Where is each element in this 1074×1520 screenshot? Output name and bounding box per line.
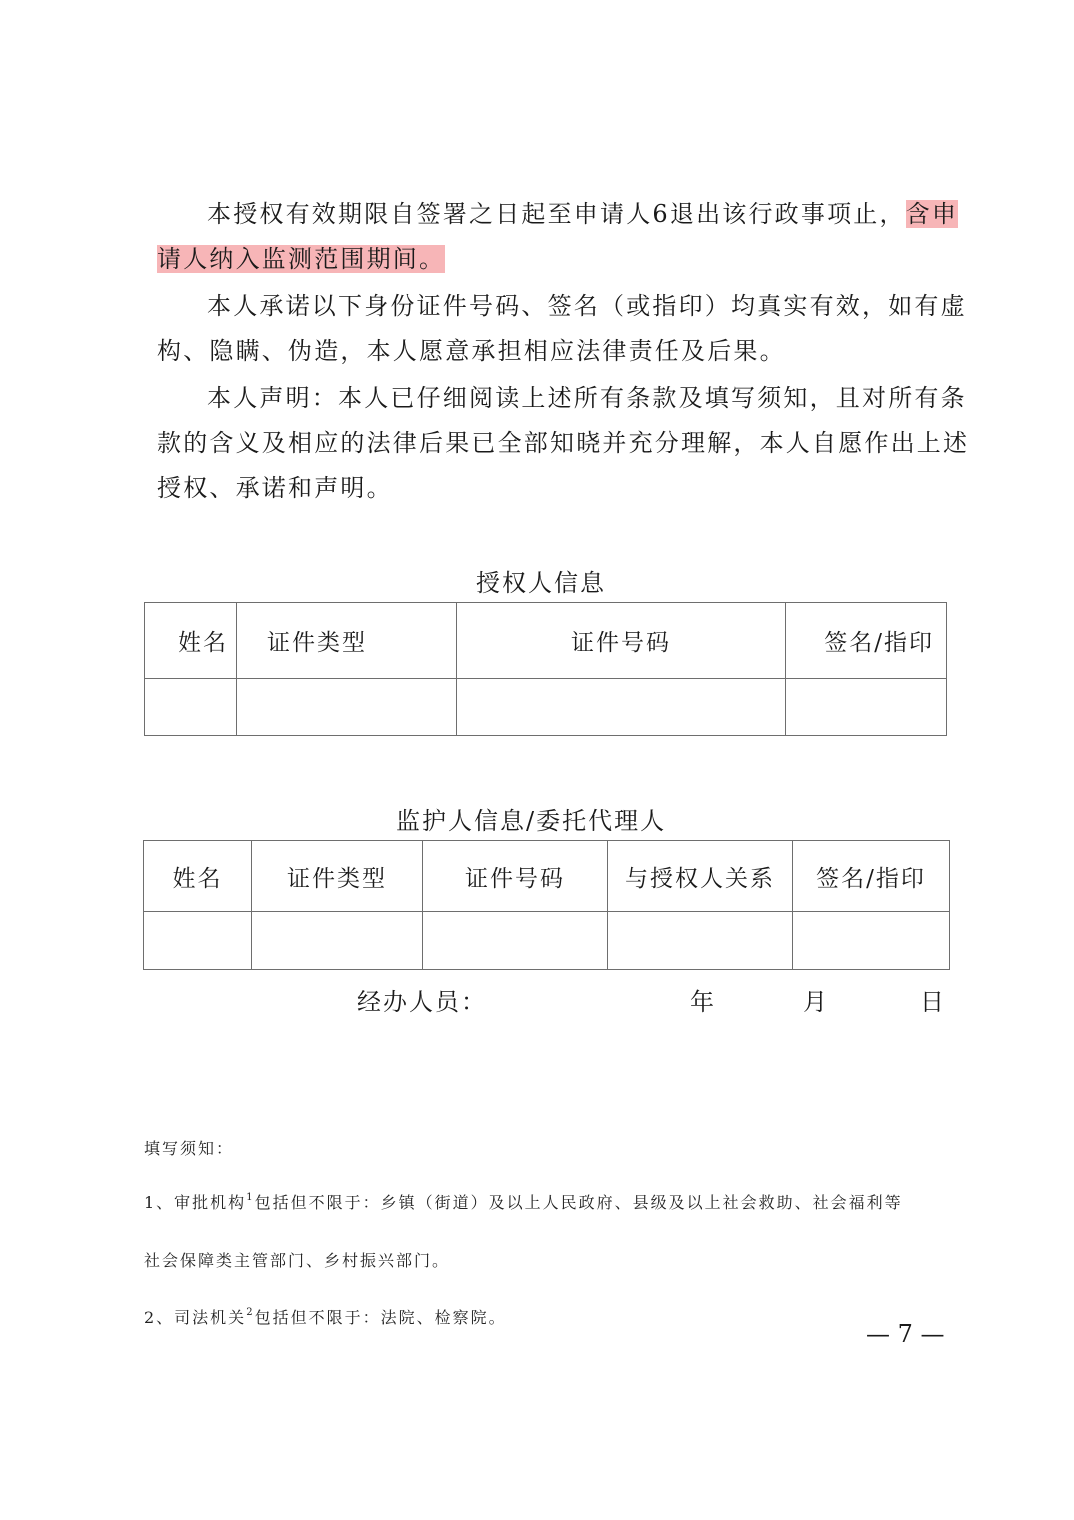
month-label: 月 <box>803 982 829 1017</box>
notice-title: 填写须知： <box>144 1136 234 1159</box>
header-id-type: 证件类型 <box>237 603 457 679</box>
authorization-period-text: 本授权有效期限自签署之日起至申请人6退出该行政事项止， <box>207 200 906 228</box>
header-name: 姓名 <box>144 841 252 912</box>
day-label: 日 <box>920 982 946 1017</box>
cell-name[interactable] <box>144 912 252 970</box>
declaration-paragraph: 本人声明：本人已仔细阅读上述所有条款及填写须知，且对所有条 款的含义及相应的法律… <box>157 376 933 511</box>
cell-id-type[interactable] <box>252 912 423 970</box>
header-name: 姓名 <box>145 603 237 679</box>
commitment-line-2: 构、隐瞒、伪造，本人愿意承担相应法律责任及后果。 <box>157 329 933 374</box>
declaration-line-3: 授权、承诺和声明。 <box>157 466 933 511</box>
table-row <box>144 912 950 970</box>
table-header-row: 姓名 证件类型 证件号码 与授权人关系 签名/指印 <box>144 841 950 912</box>
year-label: 年 <box>690 982 716 1017</box>
notice-item-2-prefix: 2、司法机关 <box>144 1308 246 1327</box>
header-signature: 签名/指印 <box>793 841 950 912</box>
notice-item-2-text: 包括但不限于：法院、检察院。 <box>255 1308 507 1327</box>
notice-item-1-prefix: 1、审批机构 <box>144 1193 246 1212</box>
page-number: — 7 — <box>866 1320 945 1348</box>
cell-id-number[interactable] <box>423 912 608 970</box>
footnote-marker-2: 2 <box>246 1307 254 1318</box>
commitment-line-1: 本人承诺以下身份证件号码、签名（或指印）均真实有效，如有虚 <box>157 284 933 329</box>
cell-name[interactable] <box>145 679 237 736</box>
cell-signature[interactable] <box>793 912 950 970</box>
cell-relationship[interactable] <box>608 912 793 970</box>
highlighted-text: 请人纳入监测范围期间。 <box>157 245 445 273</box>
table-row <box>145 679 947 736</box>
notice-item-1: 1、审批机构1包括但不限于：乡镇（街道）及以上人民政府、县级及以上社会救助、社会… <box>144 1190 903 1213</box>
commitment-paragraph: 本人承诺以下身份证件号码、签名（或指印）均真实有效，如有虚 构、隐瞒、伪造，本人… <box>157 284 933 374</box>
header-id-number: 证件号码 <box>423 841 608 912</box>
cell-signature[interactable] <box>786 679 947 736</box>
notice-item-2: 2、司法机关2包括但不限于：法院、检察院。 <box>144 1305 507 1328</box>
authorizer-table-title: 授权人信息 <box>476 563 606 598</box>
table-header-row: 姓名 证件类型 证件号码 签名/指印 <box>145 603 947 679</box>
notice-item-1-text: 包括但不限于：乡镇（街道）及以上人民政府、县级及以上社会救助、社会福利等 <box>255 1193 903 1212</box>
footnote-marker-1: 1 <box>246 1192 254 1203</box>
highlighted-text: 含申 <box>906 200 958 228</box>
authorizer-table: 姓名 证件类型 证件号码 签名/指印 <box>144 602 947 736</box>
authorization-period-paragraph: 本授权有效期限自签署之日起至申请人6退出该行政事项止，含申 请人纳入监测范围期间… <box>157 192 933 282</box>
guardian-table: 姓名 证件类型 证件号码 与授权人关系 签名/指印 <box>143 840 950 970</box>
notice-item-1-continued: 社会保障类主管部门、乡村振兴部门。 <box>144 1248 450 1271</box>
cell-id-type[interactable] <box>237 679 457 736</box>
header-signature: 签名/指印 <box>786 603 947 679</box>
header-id-number: 证件号码 <box>457 603 786 679</box>
cell-id-number[interactable] <box>457 679 786 736</box>
header-id-type: 证件类型 <box>252 841 423 912</box>
guardian-table-title: 监护人信息/委托代理人 <box>396 801 666 836</box>
declaration-line-1: 本人声明：本人已仔细阅读上述所有条款及填写须知，且对所有条 <box>157 376 933 421</box>
handler-label: 经办人员： <box>357 982 487 1017</box>
header-relationship: 与授权人关系 <box>608 841 793 912</box>
declaration-line-2: 款的含义及相应的法律后果已全部知晓并充分理解，本人自愿作出上述 <box>157 421 933 466</box>
